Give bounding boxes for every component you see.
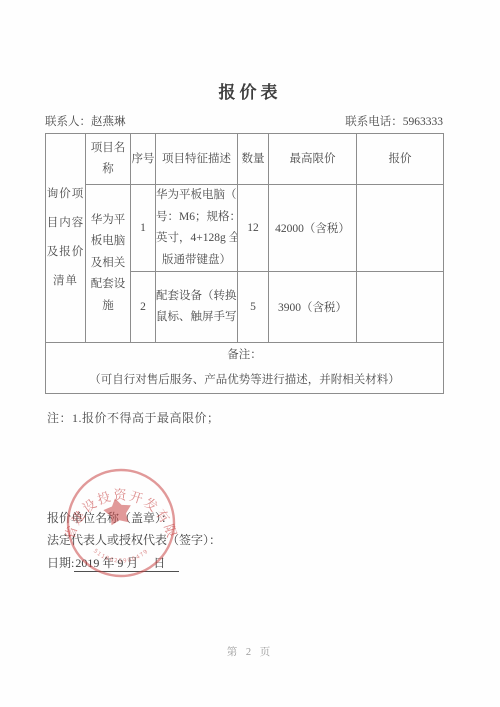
- header-quantity: 数量: [238, 134, 269, 185]
- contact-phone-label: 联系电话：: [345, 116, 403, 128]
- contact-phone: 联系电话：5963333: [345, 113, 443, 129]
- header-description: 项目特征描述: [156, 134, 238, 185]
- cell-quantity-1: 12: [238, 185, 269, 272]
- contact-row: 联系人：赵燕琳 联系电话：5963333: [45, 113, 443, 129]
- contact-phone-value: 5963333: [403, 116, 443, 128]
- table-row: 华为平板电脑及相关配套设施 1 华为平板电脑（型 号：M6；规格：10.8 英寸…: [46, 185, 444, 272]
- remark-title: 备注：: [46, 343, 443, 368]
- cell-group-name: 华为平板电脑及相关配套设施: [86, 185, 131, 343]
- header-item-name: 项目名称: [86, 134, 131, 185]
- header-max-price: 最高限价: [269, 134, 357, 185]
- contact-person: 联系人：赵燕琳: [45, 113, 126, 129]
- remark-row: 备注： （可自行对售后服务、产品优势等进行描述，并附相关材料）: [46, 343, 444, 394]
- date-label: 日期:: [47, 556, 74, 570]
- signature-representative-line: 法定代表人或授权代表（签字）：: [47, 529, 221, 551]
- page-title: 报价表: [0, 78, 500, 103]
- table-header-row: 询价项目内容及报价清单 项目名称 序号 项目特征描述 数量 最高限价 报价: [46, 134, 444, 185]
- cell-quantity-2: 5: [238, 272, 269, 343]
- signature-company-line: 报价单位名称（盖章）：: [47, 507, 221, 529]
- cell-description-1: 华为平板电脑（型 号：M6；规格：10.8 英寸，4+128g 全网 版通带键盘…: [156, 185, 238, 272]
- header-seq: 序号: [131, 134, 156, 185]
- contact-person-label: 联系人：: [45, 116, 91, 128]
- contact-person-value: 赵燕琳: [91, 116, 126, 128]
- date-value: 2019 年 9 月 日: [74, 556, 179, 572]
- signature-block: 报价单位名称（盖章）： 法定代表人或授权代表（签字）： 日期:2019 年 9 …: [47, 507, 221, 574]
- cell-seq-2: 2: [131, 272, 156, 343]
- cell-remark: 备注： （可自行对售后服务、产品优势等进行描述，并附相关材料）: [46, 343, 444, 394]
- header-quote: 报价: [357, 134, 444, 185]
- cell-seq-1: 1: [131, 185, 156, 272]
- cell-quote-1: [357, 185, 444, 272]
- quotation-table: 询价项目内容及报价清单 项目名称 序号 项目特征描述 数量 最高限价 报价 华为…: [45, 133, 444, 394]
- page-number-footer: 第 2 页: [0, 644, 500, 659]
- cell-max-price-2: 3900（含税）: [269, 272, 357, 343]
- note-line: 注：1.报价不得高于最高限价；: [47, 409, 220, 426]
- cell-quote-2: [357, 272, 444, 343]
- quotation-document-page: 报价表 联系人：赵燕琳 联系电话：5963333 询价项目内容及报价清单 项目名…: [0, 0, 500, 707]
- cell-description-2: 配套设备（转换器、 鼠标、触屏手写笔）: [156, 272, 238, 343]
- remark-body: （可自行对售后服务、产品优势等进行描述，并附相关材料）: [46, 368, 443, 393]
- cell-max-price-1: 42000（含税）: [269, 185, 357, 272]
- cell-section-label: 询价项目内容及报价清单: [46, 134, 86, 343]
- signature-date-line: 日期:2019 年 9 月 日: [47, 552, 221, 574]
